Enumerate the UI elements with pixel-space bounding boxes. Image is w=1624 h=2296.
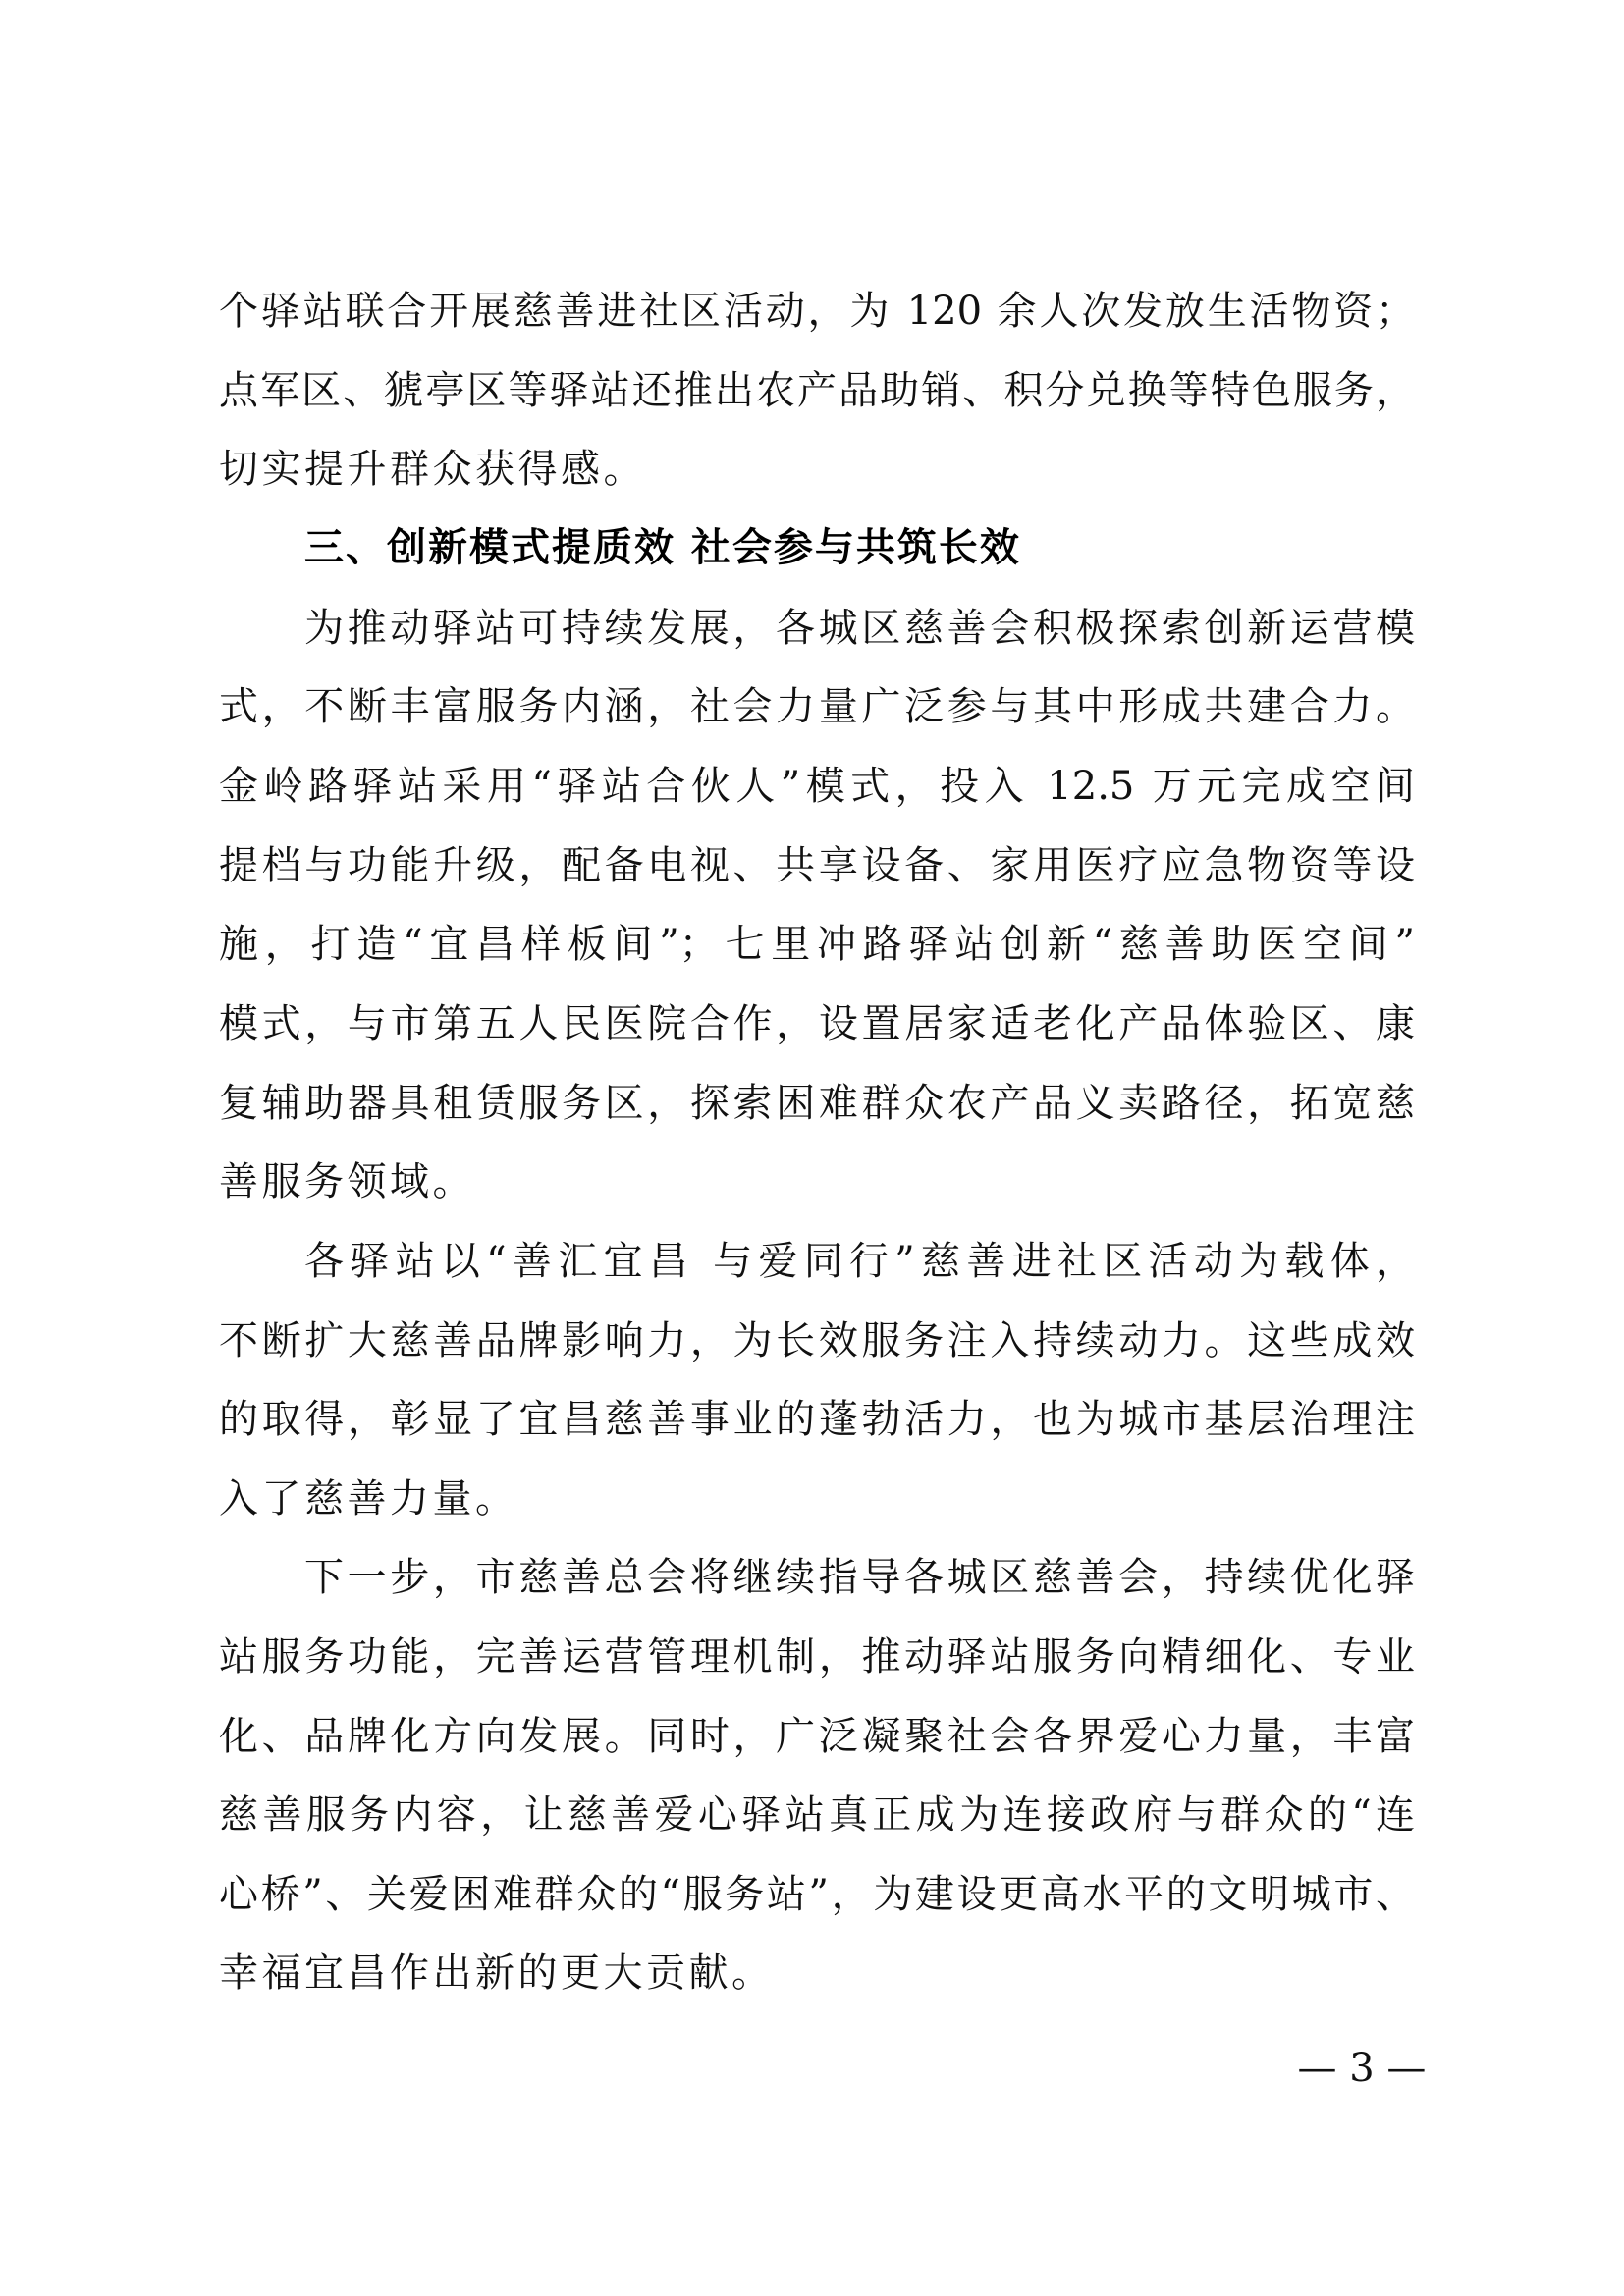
body-line: 切实提升群众获得感。 (219, 430, 1415, 508)
body-line: 心桥”、关爱困难群众的“服务站”，为建设更高水平的文明城市、 (219, 1855, 1415, 1934)
page-number: — 3 — (1293, 2044, 1431, 2093)
body-line: 幸福宜昌作出新的更大贡献。 (219, 1934, 1415, 2012)
body-line: 慈善服务内容，让慈善爱心驿站真正成为连接政府与群众的“连 (219, 1776, 1415, 1854)
body-line: 复辅助器具租赁服务区，探索困难群众农产品义卖路径，拓宽慈 (219, 1064, 1415, 1143)
body-line: 的取得，彰显了宜昌慈善事业的蓬勃活力，也为城市基层治理注 (219, 1380, 1415, 1459)
paragraph-first-line: 各驿站以“善汇宜昌 与爱同行”慈善进社区活动为载体， (304, 1222, 1415, 1301)
body-line: 站服务功能，完善运营管理机制，推动驿站服务向精细化、专业 (219, 1618, 1415, 1696)
body-line: 模式，与市第五人民医院合作，设置居家适老化产品体验区、康 (219, 985, 1415, 1063)
section-heading: 三、创新模式提质效 社会参与共筑长效 (304, 508, 1021, 587)
body-line: 入了慈善力量。 (219, 1460, 1415, 1538)
paragraph-first-line: 下一步，市慈善总会将继续指导各城区慈善会，持续优化驿 (304, 1538, 1415, 1617)
document-page: 个驿站联合开展慈善进社区活动，为 120 余人次发放生活物资； 点军区、猇亭区等… (0, 0, 1624, 2296)
body-line: 个驿站联合开展慈善进社区活动，为 120 余人次发放生活物资； (219, 272, 1415, 350)
body-line: 化、品牌化方向发展。同时，广泛凝聚社会各界爱心力量，丰富 (219, 1697, 1415, 1776)
body-line: 金岭路驿站采用“驿站合伙人”模式，投入 12.5 万元完成空间 (219, 747, 1415, 826)
body-line: 施，打造“宜昌样板间”；七里冲路驿站创新“慈善助医空间” (219, 905, 1415, 984)
body-line: 不断扩大慈善品牌影响力，为长效服务注入持续动力。这些成效 (219, 1302, 1415, 1380)
body-line: 式，不断丰富服务内涵，社会力量广泛参与其中形成共建合力。 (219, 667, 1415, 746)
body-line: 善服务领域。 (219, 1143, 1415, 1221)
body-line: 点军区、猇亭区等驿站还推出农产品助销、积分兑换等特色服务， (219, 351, 1415, 430)
paragraph-first-line: 为推动驿站可持续发展，各城区慈善会积极探索创新运营模 (304, 589, 1415, 667)
body-line: 提档与功能升级，配备电视、共享设备、家用医疗应急物资等设 (219, 827, 1415, 905)
